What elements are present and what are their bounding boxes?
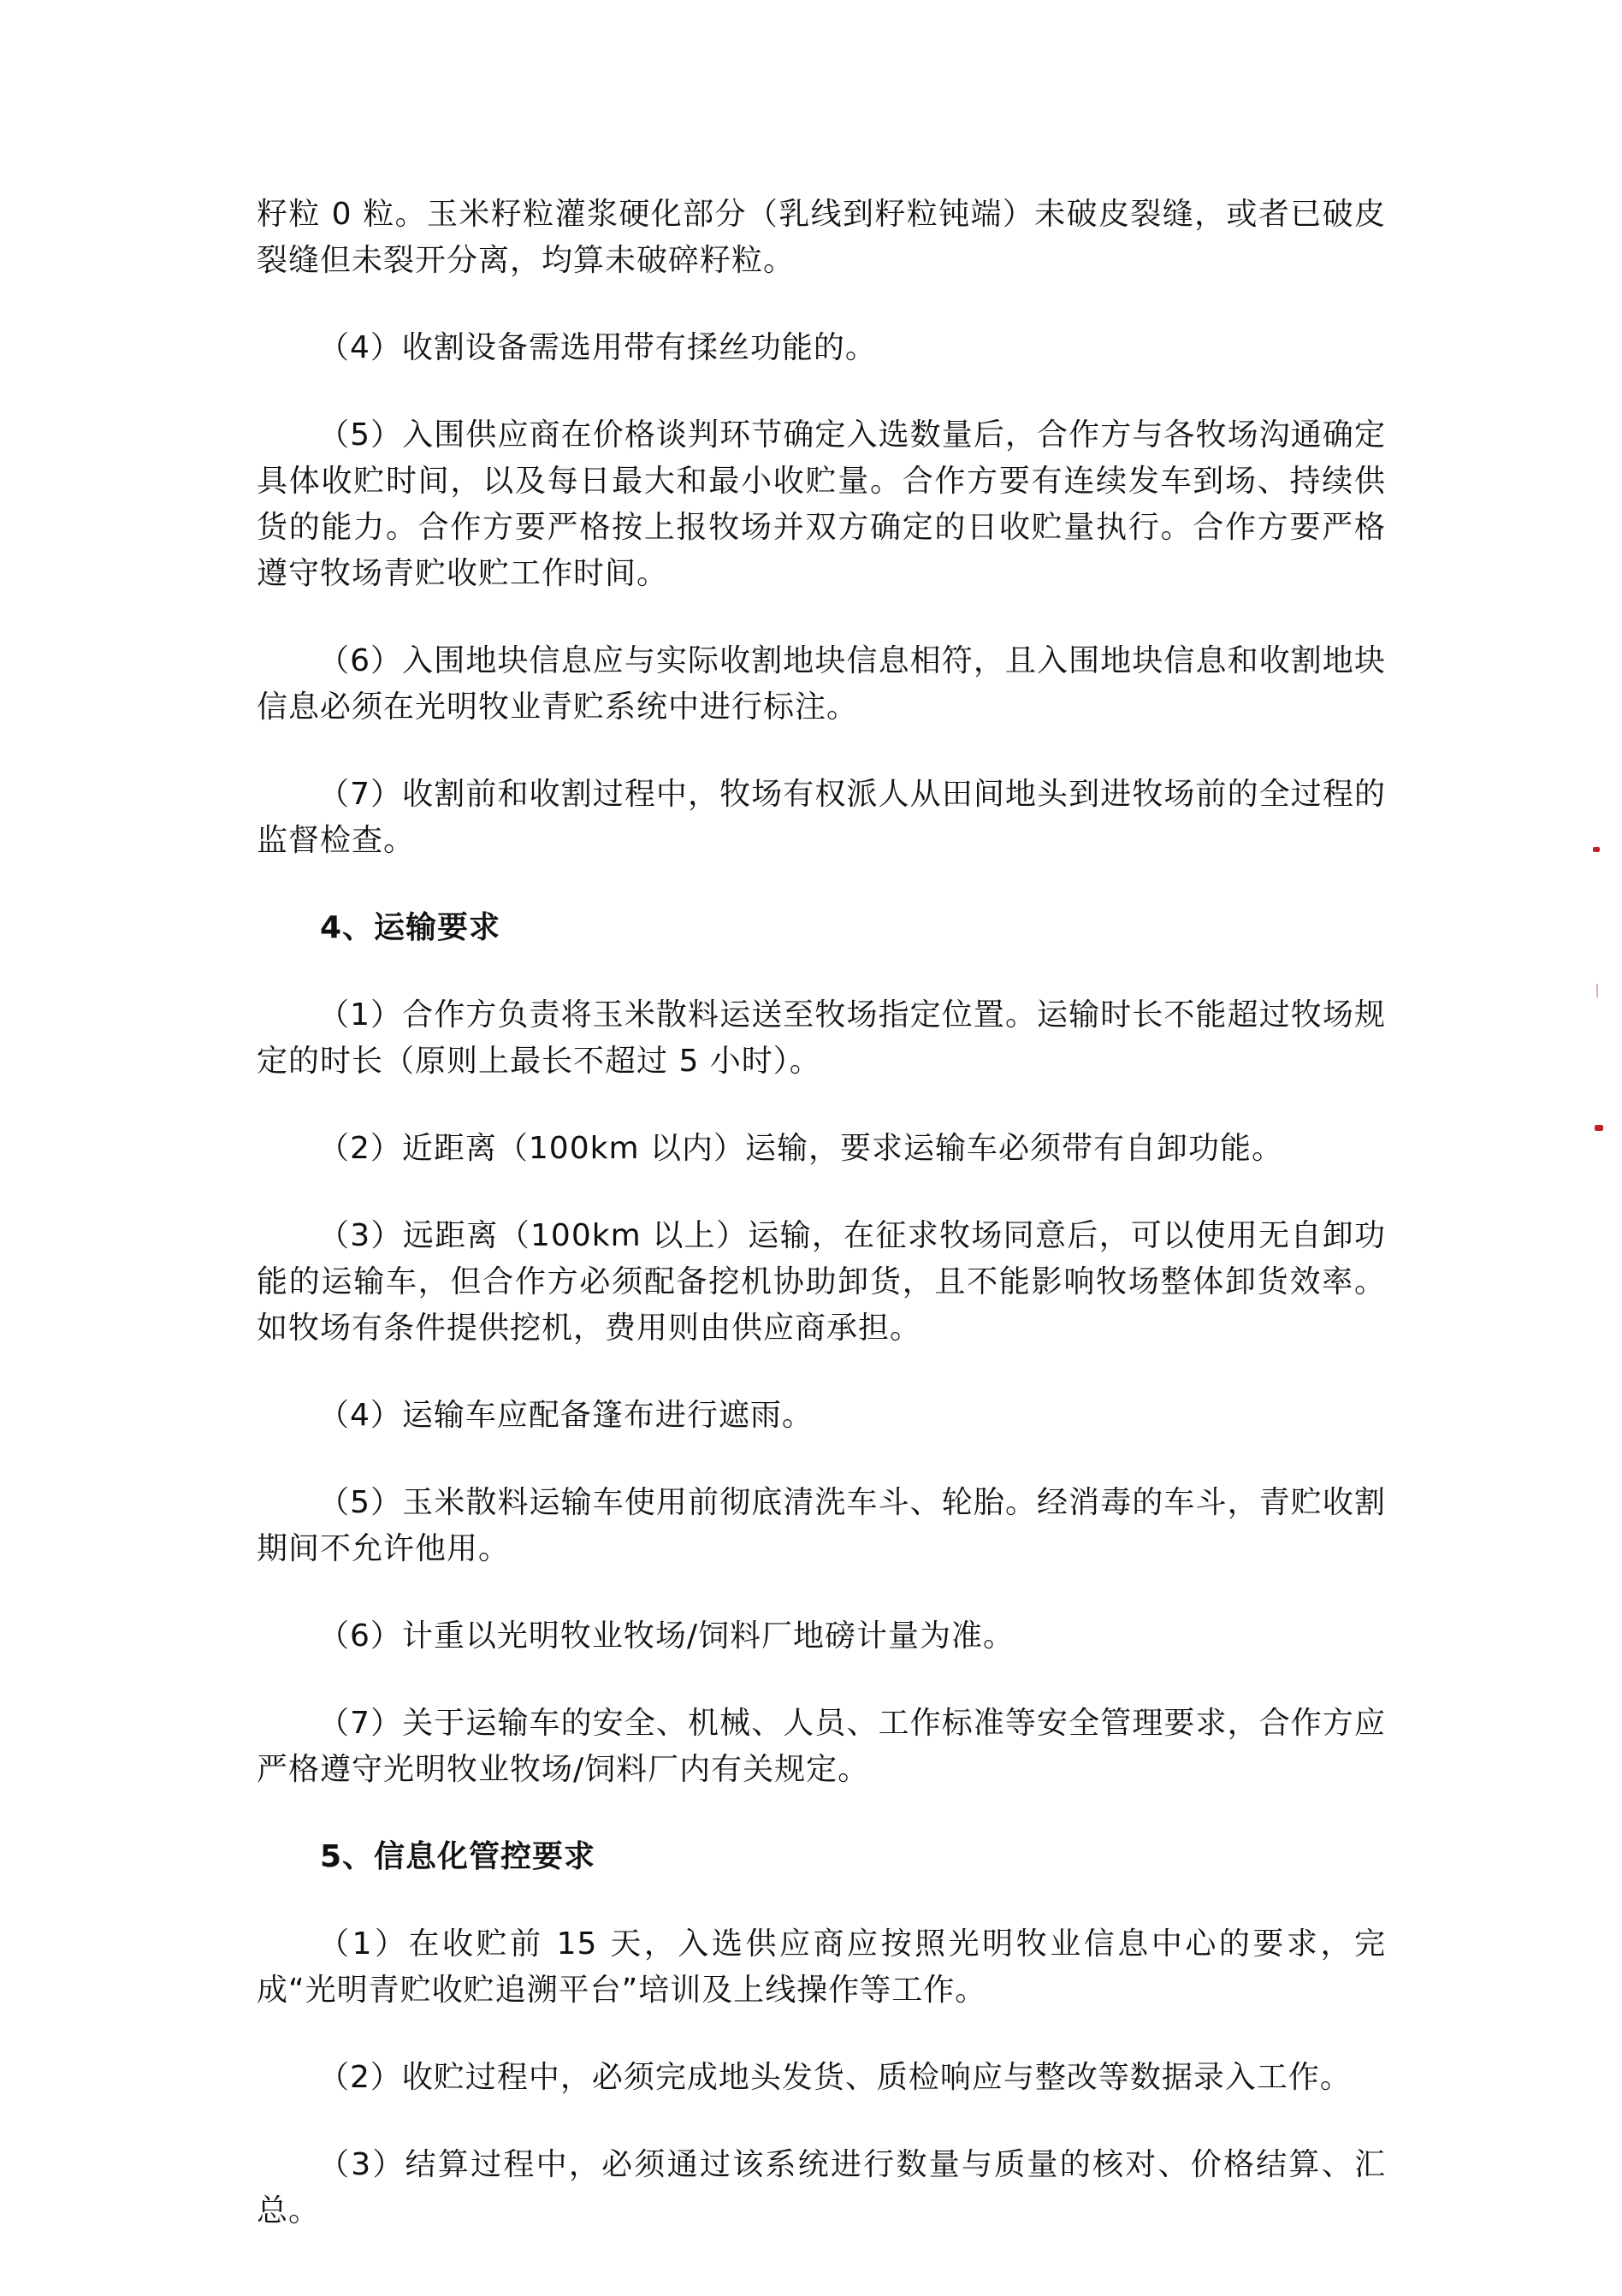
paragraph-transport-1: （1）合作方负责将玉米散料运送至牧场指定位置。运输时长不能超过牧场规定的时长（原… bbox=[257, 992, 1386, 1085]
margin-seal-mark bbox=[1593, 847, 1600, 852]
section-heading-information: 5、信息化管控要求 bbox=[257, 1834, 1386, 1880]
margin-seal-mark bbox=[1595, 1125, 1603, 1131]
paragraph-info-2: （2）收贮过程中，必须完成地头发货、质检响应与整改等数据录入工作。 bbox=[257, 2055, 1386, 2101]
paragraph-transport-2: （2）近距离（100km 以内）运输，要求运输车必须带有自卸功能。 bbox=[257, 1126, 1386, 1172]
paragraph-transport-4: （4）运输车应配备篷布进行遮雨。 bbox=[257, 1393, 1386, 1439]
paragraph-info-3: （3）结算过程中，必须通过该系统进行数量与质量的核对、价格结算、汇总。 bbox=[257, 2142, 1386, 2234]
paragraph-transport-5: （5）玉米散料运输车使用前彻底清洗车斗、轮胎。经消毒的车斗，青贮收割期间不允许他… bbox=[257, 1480, 1386, 1572]
document-body: 籽粒 0 粒。玉米籽粒灌浆硬化部分（乳线到籽粒钝端）未破皮裂缝，或者已破皮裂缝但… bbox=[257, 192, 1386, 2275]
paragraph-supervision: （7）收割前和收割过程中，牧场有权派人从田间地头到进牧场前的全过程的监督检查。 bbox=[257, 772, 1386, 864]
paragraph-info-1: （1）在收贮前 15 天，入选供应商应按照光明牧业信息中心的要求，完成“光明青贮… bbox=[257, 1921, 1386, 2014]
paragraph-harvest-equipment: （4）收割设备需选用带有揉丝功能的。 bbox=[257, 325, 1386, 371]
section-heading-transport: 4、运输要求 bbox=[257, 905, 1386, 951]
paragraph-supply-schedule: （5）入围供应商在价格谈判环节确定入选数量后，合作方与各牧场沟通确定具体收贮时间… bbox=[257, 412, 1386, 597]
paragraph-transport-3: （3）远距离（100km 以上）运输，在征求牧场同意后，可以使用无自卸功能的运输… bbox=[257, 1213, 1386, 1352]
paragraph-kernel-breakage: 籽粒 0 粒。玉米籽粒灌浆硬化部分（乳线到籽粒钝端）未破皮裂缝，或者已破皮裂缝但… bbox=[257, 192, 1386, 284]
paragraph-plot-info: （6）入围地块信息应与实际收割地块信息相符，且入围地块信息和收割地块信息必须在光… bbox=[257, 638, 1386, 731]
margin-seal-mark bbox=[1596, 984, 1598, 997]
paragraph-transport-6: （6）计重以光明牧业牧场/饲料厂地磅计量为准。 bbox=[257, 1613, 1386, 1660]
document-page: 籽粒 0 粒。玉米籽粒灌浆硬化部分（乳线到籽粒钝端）未破皮裂缝，或者已破皮裂缝但… bbox=[0, 0, 1622, 2296]
paragraph-transport-7: （7）关于运输车的安全、机械、人员、工作标准等安全管理要求，合作方应严格遵守光明… bbox=[257, 1701, 1386, 1793]
